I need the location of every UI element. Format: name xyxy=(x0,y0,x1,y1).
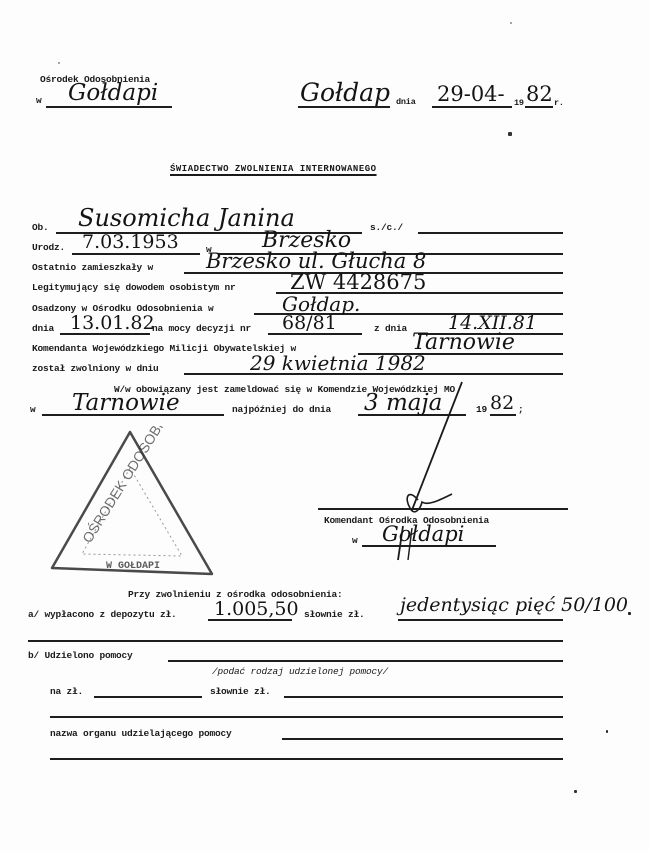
organ-label: nazwa organu udzielającego pomocy xyxy=(50,728,232,739)
header-date: 29-04- xyxy=(437,82,505,106)
signature-place: Gołdapi xyxy=(382,522,464,546)
decision-value: 68/81 xyxy=(282,312,337,334)
residence-label: Ostatnio zamieszkały w xyxy=(32,262,153,273)
released-value: 29 kwietnia 1982 xyxy=(250,351,426,375)
institution-line xyxy=(46,106,172,108)
aid-amount-label: na zł. xyxy=(50,686,83,697)
document-page: Ośrodek Odosobnienia w Gołdapi Gołdap dn… xyxy=(0,0,649,851)
name-label: Ob. xyxy=(32,222,49,233)
aid-line xyxy=(168,660,563,662)
scan-speck xyxy=(628,612,631,615)
born-date-line xyxy=(72,253,200,255)
day-label: dnia xyxy=(32,323,54,334)
report-year-prefix: 19 xyxy=(476,404,487,415)
aid-words-label: słownie zł. xyxy=(210,686,271,697)
born-label: Urodz. xyxy=(32,242,65,253)
deposit-continuation-line xyxy=(28,640,563,642)
report-place: Tarnowie xyxy=(72,390,180,416)
deposit-words-line xyxy=(398,619,563,621)
header-date-line xyxy=(432,106,512,108)
day-value: 13.01.82 xyxy=(70,312,155,334)
institution-prefix: w xyxy=(36,95,42,106)
institution-stamp-icon: OŚRODEK ODOSOBNIENIA W GOŁDAPI xyxy=(44,426,216,578)
released-label: został zwolniony w dniu xyxy=(32,363,159,374)
report-deadline-label: najpóźniej do dnia xyxy=(232,404,331,415)
deposit-amount: 1.005,50 xyxy=(214,598,299,620)
signature-prefix: w xyxy=(352,535,358,546)
header-place: Gołdap xyxy=(300,78,390,107)
decision-label: na mocy decyzji nr xyxy=(152,323,251,334)
header-year-end: r. xyxy=(554,98,564,108)
aid-label: b/ Udzielono pomocy xyxy=(28,650,133,661)
scan-speck xyxy=(508,132,512,136)
parents-label: s./c./ xyxy=(370,222,403,233)
header-year-line xyxy=(525,106,553,108)
header-year: 82 xyxy=(526,82,553,106)
report-year: 82 xyxy=(490,392,514,414)
scan-speck xyxy=(606,730,608,733)
parents-line xyxy=(418,232,563,234)
aid-continuation-line xyxy=(50,716,563,718)
organ-continuation-line xyxy=(50,758,563,760)
aid-amount-line xyxy=(94,696,202,698)
deposit-label: a/ wypłacono z depozytu zł. xyxy=(28,609,177,620)
scan-speck xyxy=(510,22,512,24)
aid-hint: /podać rodzaj udzielonej pomocy/ xyxy=(212,666,388,677)
decision-date-label: z dnia xyxy=(374,323,407,334)
institution-place: Gołdapi xyxy=(68,80,158,106)
id-value: ZW 4428675 xyxy=(290,270,426,294)
report-year-line xyxy=(490,414,516,416)
aid-words-line xyxy=(284,696,563,698)
scan-speck xyxy=(574,790,577,793)
id-label: Legitymujący się dowodem osobistym nr xyxy=(32,282,236,293)
stamp-bottom-text: W GOŁDAPI xyxy=(106,561,160,572)
deposit-words: jedentysiąc pięć 50/100 xyxy=(400,594,628,616)
deposit-words-label: słownie zł. xyxy=(304,609,365,620)
born-date: 7.03.1953 xyxy=(82,231,179,253)
report-prefix: w xyxy=(30,404,36,415)
report-year-end: ; xyxy=(518,404,524,415)
header-place-line xyxy=(298,106,390,108)
header-year-prefix: 19 xyxy=(514,98,524,108)
scan-speck xyxy=(58,62,60,64)
report-deadline: 3 maja xyxy=(364,390,442,416)
commander-place: Tarnowie xyxy=(412,330,515,355)
document-title: ŚWIADECTWO ZWOLNIENIA INTERNOWANEGO xyxy=(170,164,377,174)
stamp-arc-text: OŚRODEK ODOSOBNIENIA xyxy=(78,426,189,546)
header-date-label: dnia xyxy=(396,97,416,107)
signature-line xyxy=(318,508,568,510)
organ-line xyxy=(282,738,563,740)
